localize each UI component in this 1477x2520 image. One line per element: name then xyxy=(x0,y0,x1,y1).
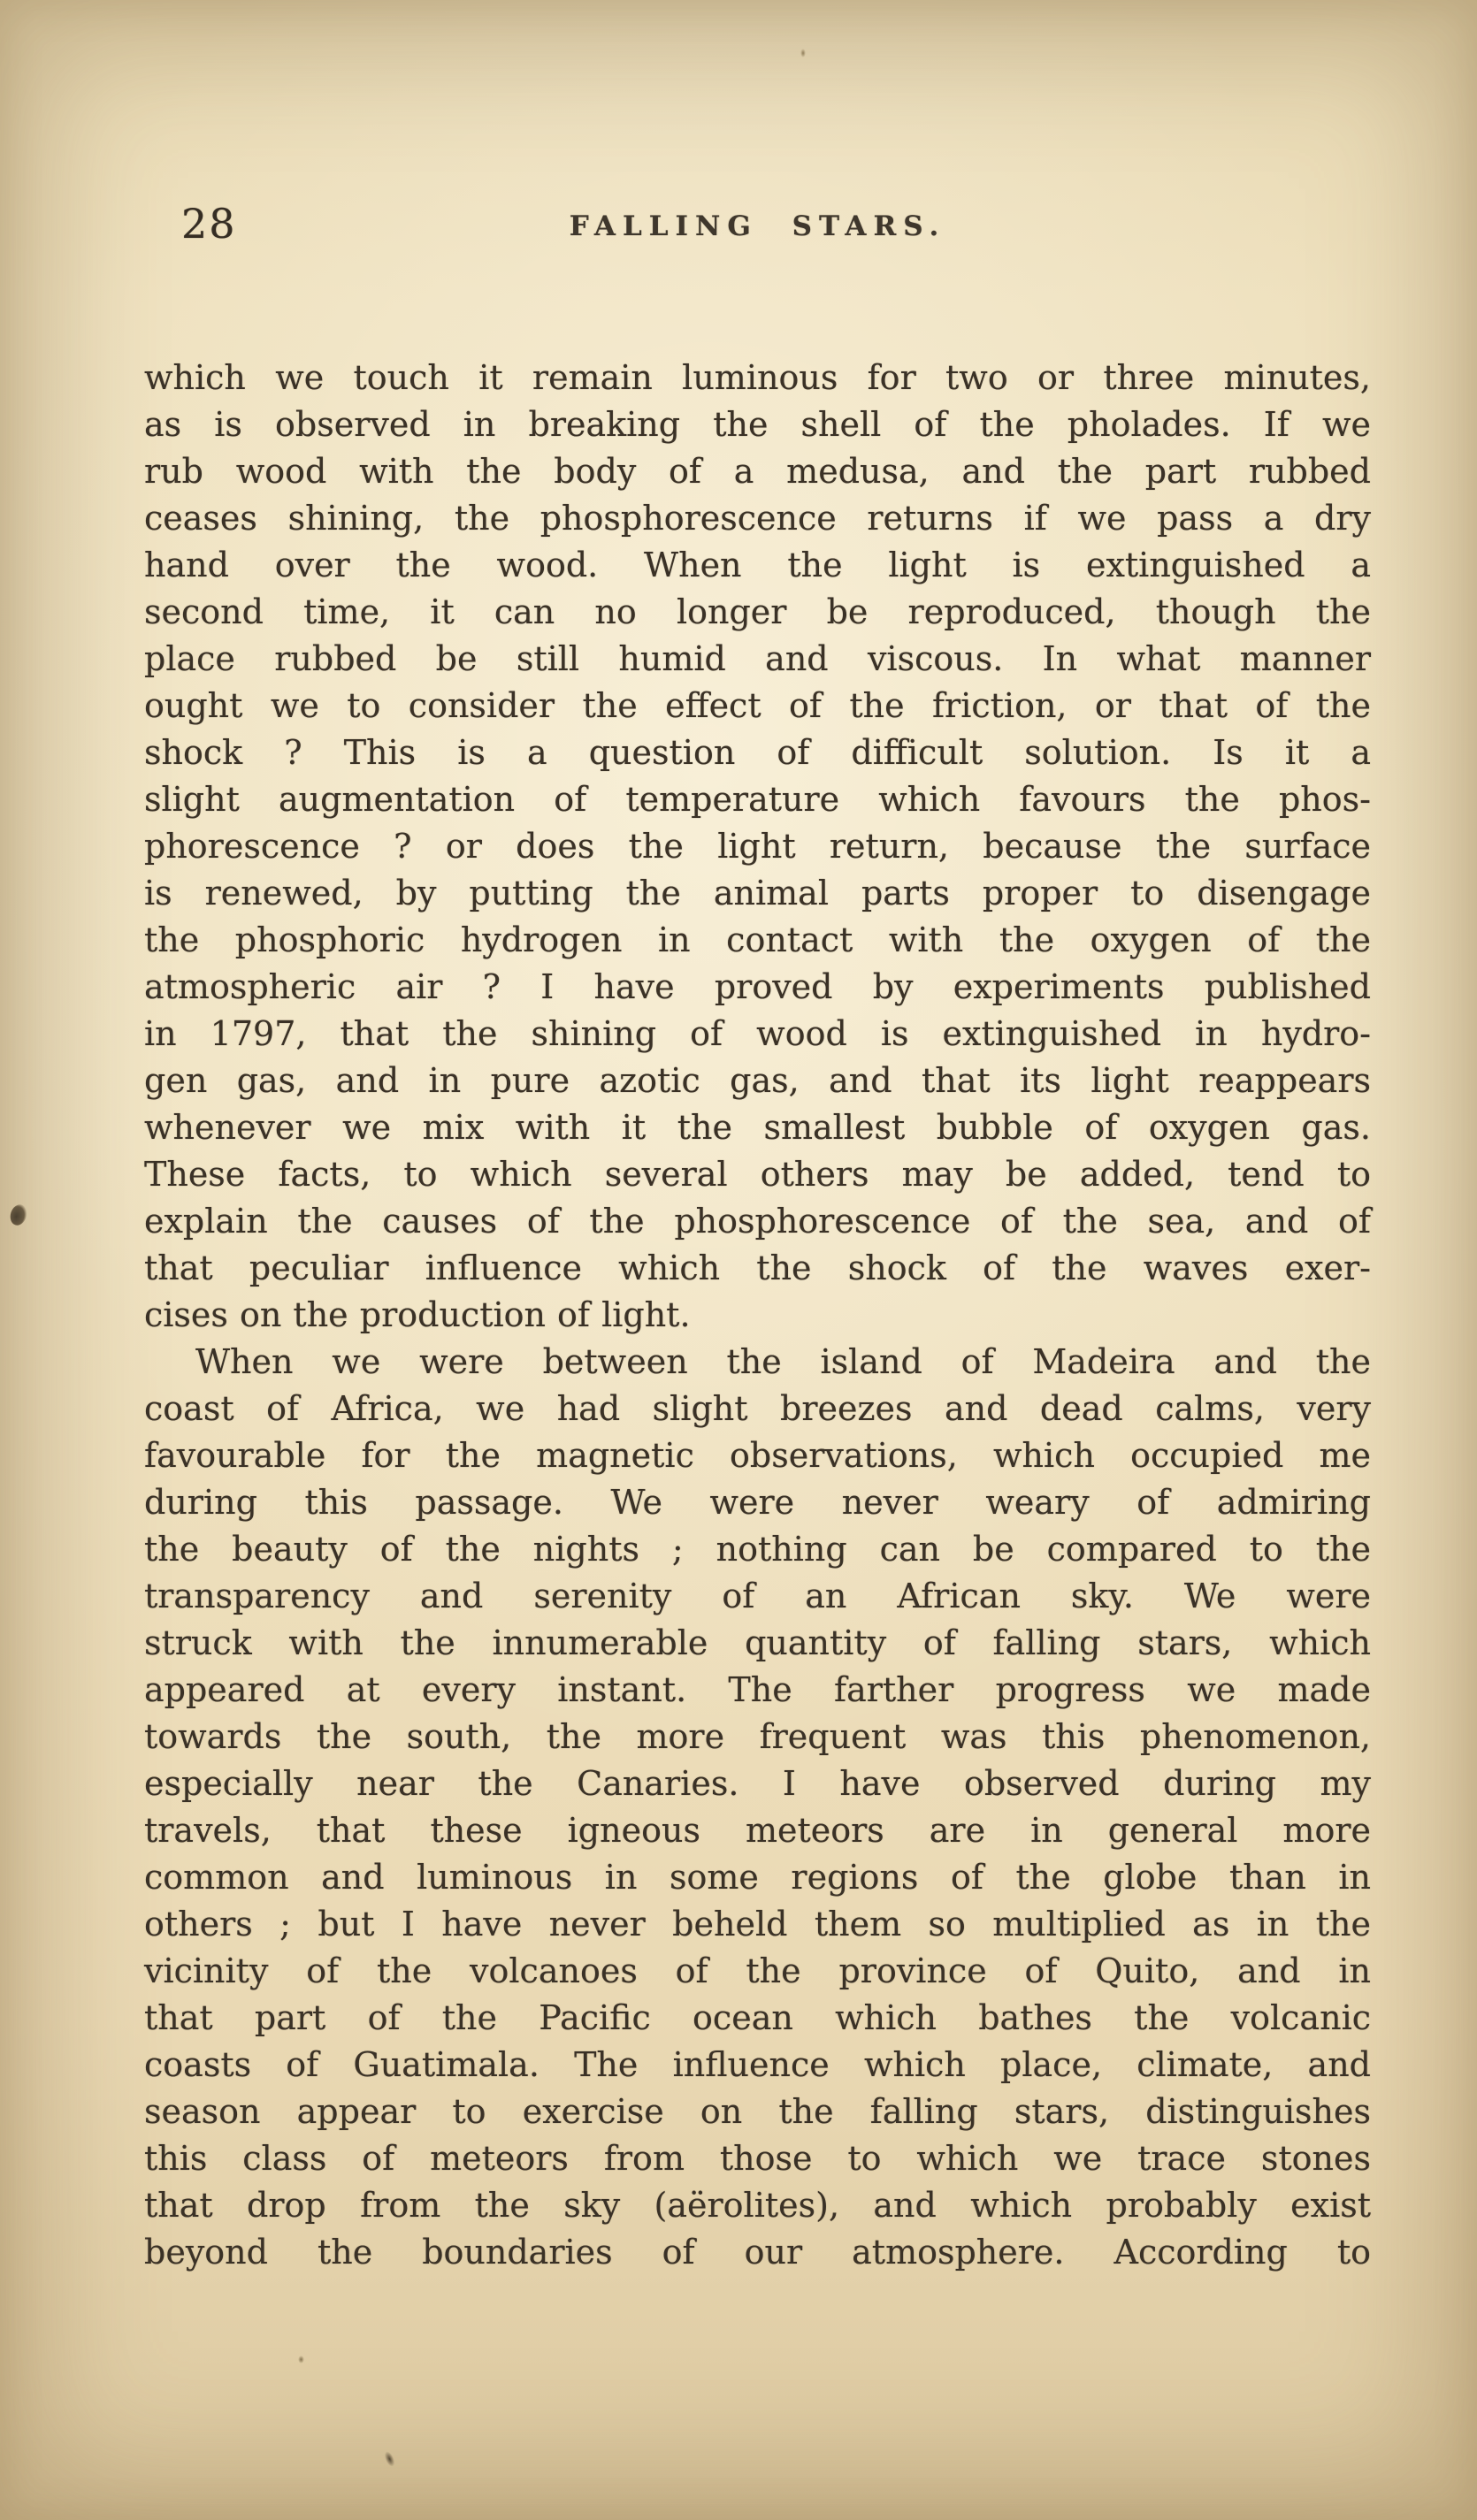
text-line: gen gas, and in pure azotic gas, and tha… xyxy=(144,1058,1371,1104)
paragraph: When we were between the island of Madei… xyxy=(144,1339,1371,2276)
text-line: the phosphoric hydrogen in contact with … xyxy=(144,917,1371,964)
paragraph: which we touch it remain luminous for tw… xyxy=(144,355,1371,1339)
text-line: slight augmentation of temperature which… xyxy=(144,776,1371,823)
text-line: These facts, to which several others may… xyxy=(144,1151,1371,1198)
text-line: which we touch it remain luminous for tw… xyxy=(144,355,1371,401)
text-line: shock ? This is a question of difficult … xyxy=(144,729,1371,776)
text-line: When we were between the island of Madei… xyxy=(144,1339,1371,1386)
text-line: that peculiar influence which the shock … xyxy=(144,1245,1371,1292)
text-line: season appear to exercise on the falling… xyxy=(144,2089,1371,2135)
text-line: rub wood with the body of a medusa, and … xyxy=(144,448,1371,495)
text-line: travels, that these igneous meteors are … xyxy=(144,1807,1371,1854)
book-page: 28 FALLING STARS. which we touch it rema… xyxy=(0,0,1477,2520)
text-line: cises on the production of light. xyxy=(144,1292,1371,1339)
text-line: during this passage. We were never weary… xyxy=(144,1479,1371,1526)
text-line: atmospheric air ? I have proved by exper… xyxy=(144,964,1371,1011)
text-line: whenever we mix with it the smallest bub… xyxy=(144,1104,1371,1151)
text-line: as is observed in breaking the shell of … xyxy=(144,401,1371,448)
text-line: coasts of Guatimala. The influence which… xyxy=(144,2042,1371,2089)
text-line: especially near the Canaries. I have obs… xyxy=(144,1760,1371,1807)
ink-mark xyxy=(800,49,806,57)
text-line: that drop from the sky (aërolites), and … xyxy=(144,2182,1371,2229)
text-line: others ; but I have never beheld them so… xyxy=(144,1901,1371,1948)
ink-mark xyxy=(298,2356,304,2363)
text-line: common and luminous in some regions of t… xyxy=(144,1854,1371,1901)
text-line: vicinity of the volcanoes of the provinc… xyxy=(144,1948,1371,1995)
text-line: second time, it can no longer be reprodu… xyxy=(144,589,1371,636)
text-line: place rubbed be still humid and viscous.… xyxy=(144,636,1371,683)
text-line: that part of the Pacific ocean which bat… xyxy=(144,1995,1371,2042)
text-line: in 1797, that the shining of wood is ext… xyxy=(144,1011,1371,1058)
text-line: struck with the innumerable quantity of … xyxy=(144,1620,1371,1667)
text-line: appeared at every instant. The farther p… xyxy=(144,1667,1371,1714)
text-line: beyond the boundaries of our atmosphere.… xyxy=(144,2229,1371,2276)
ink-mark xyxy=(383,2450,397,2468)
text-line: is renewed, by putting the animal parts … xyxy=(144,870,1371,917)
text-line: this class of meteors from those to whic… xyxy=(144,2135,1371,2182)
text-line: explain the causes of the phosphorescenc… xyxy=(144,1198,1371,1245)
text-line: phorescence ? or does the light return, … xyxy=(144,823,1371,870)
page-body: which we touch it remain luminous for tw… xyxy=(144,355,1371,2276)
running-head: FALLING STARS. xyxy=(144,210,1371,242)
text-line: favourable for the magnetic observations… xyxy=(144,1432,1371,1479)
text-line: towards the south, the more frequent was… xyxy=(144,1714,1371,1760)
text-line: transparency and serenity of an African … xyxy=(144,1573,1371,1620)
text-line: ceases shining, the phosphorescence retu… xyxy=(144,495,1371,542)
text-line: hand over the wood. When the light is ex… xyxy=(144,542,1371,589)
ink-mark xyxy=(8,1203,30,1227)
text-line: the beauty of the nights ; nothing can b… xyxy=(144,1526,1371,1573)
text-line: ought we to consider the effect of the f… xyxy=(144,683,1371,729)
text-line: coast of Africa, we had slight breezes a… xyxy=(144,1386,1371,1432)
